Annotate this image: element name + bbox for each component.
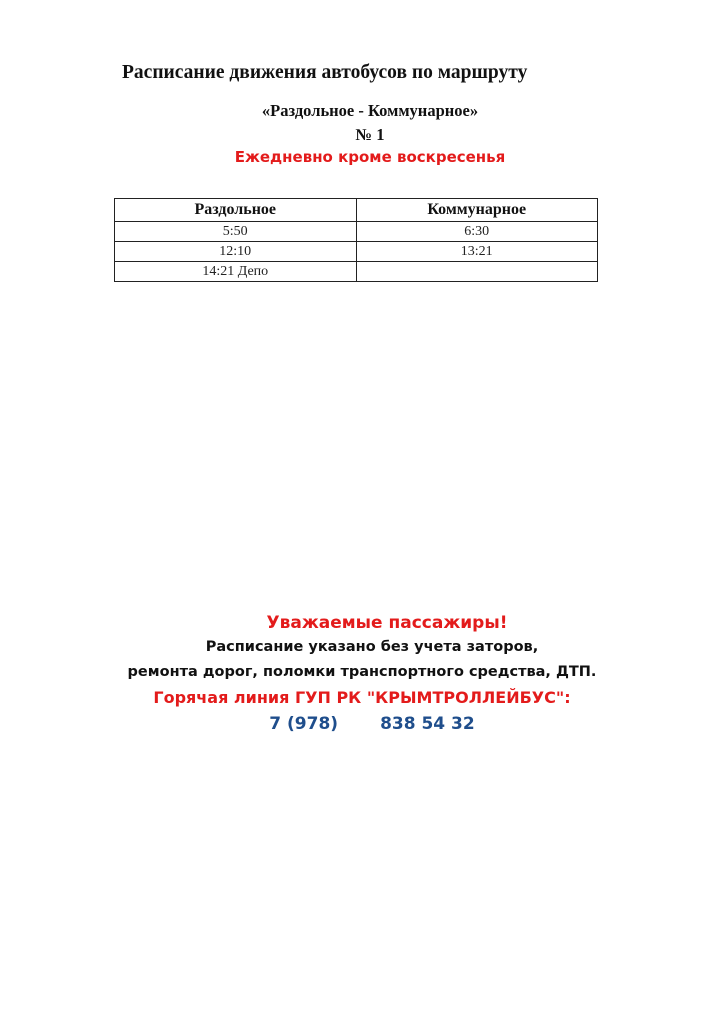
- table-row: 5:50 6:30: [115, 222, 598, 242]
- notice-line-2: ремонта дорог, поломки транспортного сре…: [0, 664, 724, 680]
- notice-line-1-text: Расписание указано без учета заторов,: [206, 639, 538, 655]
- table-row: 14:21 Депо: [115, 262, 598, 282]
- route-name-text: «Раздольное - Коммунарное»: [262, 101, 478, 121]
- table-cell: 6:30: [356, 222, 598, 242]
- table-cell: 5:50: [115, 222, 357, 242]
- phone-code: 7 (978): [269, 714, 338, 734]
- table-cell: 13:21: [356, 242, 598, 262]
- operating-days: Ежедневно кроме воскресенья: [0, 148, 724, 166]
- document-title: Расписание движения автобусов по маршрут…: [122, 62, 527, 84]
- notice-greeting: Уважаемые пассажиры!: [0, 613, 724, 633]
- table-header-row: Раздольное Коммунарное: [115, 199, 598, 222]
- route-name: «Раздольное - Коммунарное»: [0, 101, 724, 121]
- column-header-kommunarnoe: Коммунарное: [356, 199, 598, 222]
- table-cell: 14:21 Депо: [115, 262, 357, 282]
- table-cell: [356, 262, 598, 282]
- column-header-razdolnoe: Раздольное: [115, 199, 357, 222]
- notice-greeting-text: Уважаемые пассажиры!: [267, 613, 508, 633]
- notice-line-1: Расписание указано без учета заторов,: [0, 639, 724, 655]
- operating-days-text: Ежедневно кроме воскресенья: [235, 148, 506, 166]
- notice-line-2-text: ремонта дорог, поломки транспортного сре…: [128, 664, 597, 680]
- phone-number: 838 54 32: [380, 714, 475, 734]
- table-row: 12:10 13:21: [115, 242, 598, 262]
- hotline-label: Горячая линия ГУП РК "КРЫМТРОЛЛЕЙБУС":: [0, 688, 724, 707]
- route-number: № 1: [0, 125, 724, 145]
- schedule-table: Раздольное Коммунарное 5:50 6:30 12:10 1…: [114, 198, 598, 282]
- route-number-text: № 1: [356, 125, 385, 145]
- hotline-label-text: Горячая линия ГУП РК "КРЫМТРОЛЛЕЙБУС":: [153, 688, 570, 707]
- table-cell: 12:10: [115, 242, 357, 262]
- hotline-phone: 7 (978)838 54 32: [0, 714, 724, 734]
